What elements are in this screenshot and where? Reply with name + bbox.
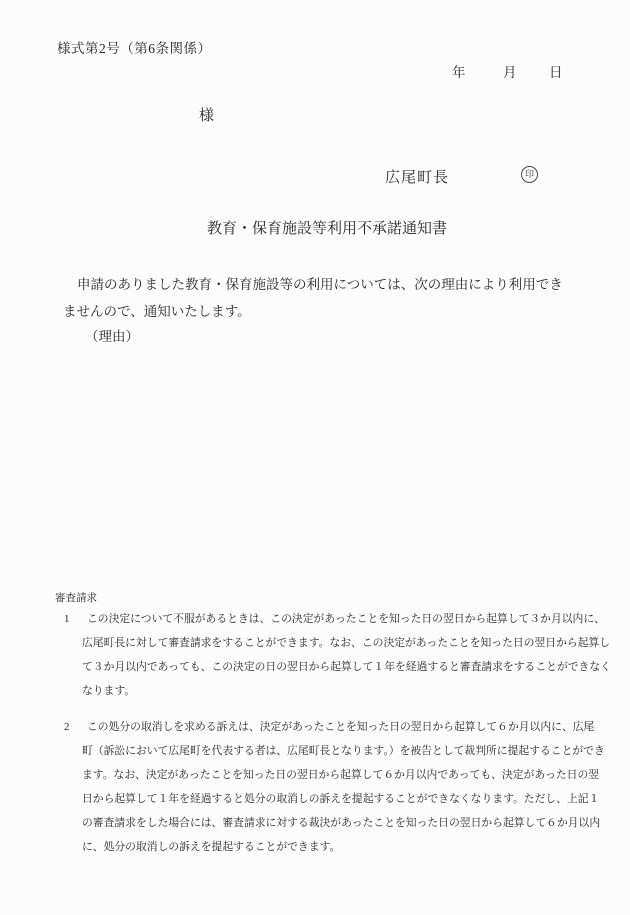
appeal-section-heading: 審査請求 [55, 590, 97, 605]
appeal-text-line: の審査請求をした場合には、審査請求に対する裁決があったことを知った日の翌日から起… [82, 811, 630, 835]
body-line: ませんので、通知いたします。 [63, 298, 583, 325]
appeal-item-1: 1 この決定について不服があるときは、この決定があったことを知った日の翌日から起… [0, 607, 630, 703]
appeal-item-number: 2 [64, 715, 69, 739]
issuer-title: 広尾町長 [385, 166, 449, 187]
date-line: 年 月 日 [0, 61, 630, 79]
appeal-text-line: ます。なお、決定があったことを知った日の翌日から起算して６か月以内であっても、決… [82, 763, 630, 787]
addressee-honorific: 様 [199, 104, 214, 125]
reason-label: （理由） [85, 325, 139, 345]
appeal-notes: 1 この決定について不服があるときは、この決定があったことを知った日の翌日から起… [0, 607, 630, 859]
appeal-text-line: なります。 [82, 679, 630, 703]
document-title: 教育・保育施設等利用不承諾通知書 [207, 217, 447, 238]
appeal-text-line: 広尾町長に対して審査請求をすることができます。なお、この決定があったことを知った… [82, 631, 630, 655]
body-line: 申請のありました教育・保育施設等の利用については、次の理由により利用でき [63, 271, 583, 298]
day-label: 日 [549, 61, 563, 81]
appeal-text-line: て３か月以内であっても、この決定の日の翌日から起算して１年を経過すると審査請求を… [82, 655, 630, 679]
appeal-text-line: この決定について不服があるときは、この決定があったことを知った日の翌日から起算し… [82, 607, 630, 631]
notification-body: 申請のありました教育・保育施設等の利用については、次の理由により利用でき ません… [63, 271, 583, 325]
month-label: 月 [503, 61, 517, 81]
document-page: 様式第2号（第6条関係） 年 月 日 様 広尾町長 印 教育・保育施設等利用不承… [0, 0, 630, 915]
appeal-text-line: 町（訴訟において広尾町を代表する者は、広尾町長となります。）を被告として裁判所に… [82, 739, 630, 763]
seal-mark-icon: 印 [521, 166, 538, 183]
form-number-label: 様式第2号（第6条関係） [57, 37, 212, 57]
appeal-text-line: 日から起算して１年を経過すると処分の取消しの訴えを提起することができなくなります… [82, 787, 630, 811]
appeal-text-line: この処分の取消しを求める訴えは、決定があったことを知った日の翌日から起算して６か… [82, 715, 630, 739]
appeal-item-number: 1 [64, 607, 69, 631]
year-label: 年 [452, 61, 466, 81]
appeal-item-2: 2 この処分の取消しを求める訴えは、決定があったことを知った日の翌日から起算して… [0, 715, 630, 859]
appeal-text-line: に、処分の取消しの訴えを提起することができます。 [82, 835, 630, 859]
